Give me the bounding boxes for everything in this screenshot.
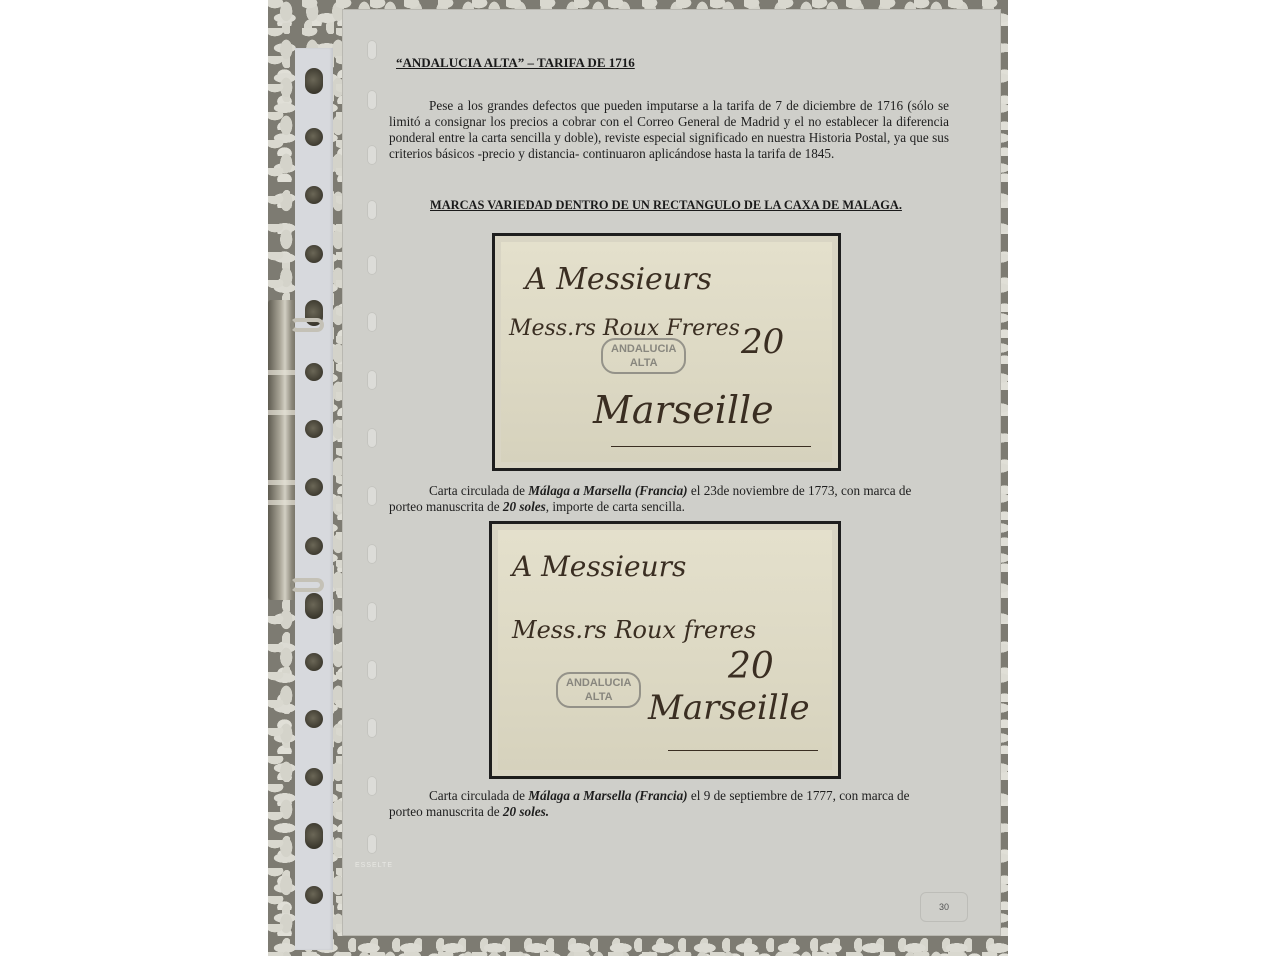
sheet-protector-tab [367, 40, 377, 60]
postmark-line-2: ALTA [566, 690, 631, 704]
punch-hole [305, 593, 323, 619]
postal-cover-1: A Messieurs Mess.rs Roux Freres ANDALUCI… [495, 236, 838, 468]
city-underline [668, 750, 818, 751]
andalucia-alta-postmark: ANDALUCIA ALTA [556, 672, 641, 708]
destination-city: Marseille [593, 388, 774, 432]
punch-hole [305, 710, 323, 728]
cover-2-caption: Carta circulada de Málaga a Marsella (Fr… [389, 788, 941, 820]
punched-filing-strip [295, 48, 333, 950]
sheet-protector-tab [367, 428, 377, 448]
sheet-protector-tab [367, 312, 377, 332]
sheet-maker-mark: ESSELTE [355, 862, 393, 869]
page-number: 30 [920, 892, 968, 922]
section-subtitle: MARCAS VARIEDAD DENTRO DE UN RECTANGULO … [430, 198, 902, 213]
sheet-protector-tab [367, 776, 377, 796]
punch-hole [305, 886, 323, 904]
sheet-protector-tab [367, 255, 377, 275]
postmark-line-1: ANDALUCIA [566, 676, 631, 690]
cover-paper: A Messieurs Mess.rs Roux freres ANDALUCI… [498, 530, 832, 770]
caption-text: , importe de carta sencilla. [546, 499, 685, 514]
intro-text: Pese a los grandes defectos que pueden i… [389, 98, 949, 161]
punch-hole [305, 478, 323, 496]
punch-hole [305, 823, 323, 849]
punch-hole [305, 537, 323, 555]
address-line-2: Mess.rs Roux freres [512, 616, 756, 644]
punch-hole [305, 363, 323, 381]
sheet-protector-tab [367, 718, 377, 738]
sheet-protector-tab [367, 145, 377, 165]
sheet-protector-tab [367, 90, 377, 110]
punch-hole [305, 768, 323, 786]
caption-amount: 20 soles. [503, 804, 549, 819]
punch-hole [305, 245, 323, 263]
punch-hole [305, 653, 323, 671]
cover-1-caption: Carta circulada de Málaga a Marsella (Fr… [389, 483, 941, 515]
caption-text: Carta circulada de [429, 483, 528, 498]
destination-city: Marseille [648, 688, 810, 728]
address-line-1: A Messieurs [525, 262, 712, 297]
punch-hole [305, 128, 323, 146]
address-line-1: A Messieurs [512, 550, 686, 583]
sheet-protector-tab [367, 486, 377, 506]
intro-paragraph: Pese a los grandes defectos que pueden i… [389, 98, 949, 162]
album-page: “ANDALUCIA ALTA” – TARIFA DE 1716 Pese a… [343, 10, 1000, 935]
manuscript-rate-mark: 20 [741, 322, 784, 362]
postal-cover-2: A Messieurs Mess.rs Roux freres ANDALUCI… [492, 524, 838, 776]
page-title: “ANDALUCIA ALTA” – TARIFA DE 1716 [396, 55, 635, 71]
sheet-protector-tab [367, 544, 377, 564]
sheet-protector-tab [367, 602, 377, 622]
binder-ring [290, 318, 324, 332]
postmark-line-2: ALTA [611, 356, 676, 370]
andalucia-alta-postmark: ANDALUCIA ALTA [601, 338, 686, 374]
binder-ring [290, 578, 324, 592]
caption-amount: 20 soles [503, 499, 546, 514]
punch-hole [305, 68, 323, 94]
sheet-protector-tab [367, 660, 377, 680]
cover-paper: A Messieurs Mess.rs Roux Freres ANDALUCI… [501, 242, 832, 462]
postmark-line-1: ANDALUCIA [611, 342, 676, 356]
caption-route: Málaga a Marsella (Francia) [528, 483, 687, 498]
punch-hole [305, 186, 323, 204]
punch-hole [305, 420, 323, 438]
sheet-protector-tab [367, 200, 377, 220]
city-underline [611, 446, 811, 447]
caption-text: Carta circulada de [429, 788, 528, 803]
sheet-protector-tab [367, 370, 377, 390]
manuscript-rate-mark: 20 [728, 646, 774, 687]
caption-route: Málaga a Marsella (Francia) [528, 788, 687, 803]
sheet-protector-tab [367, 834, 377, 854]
